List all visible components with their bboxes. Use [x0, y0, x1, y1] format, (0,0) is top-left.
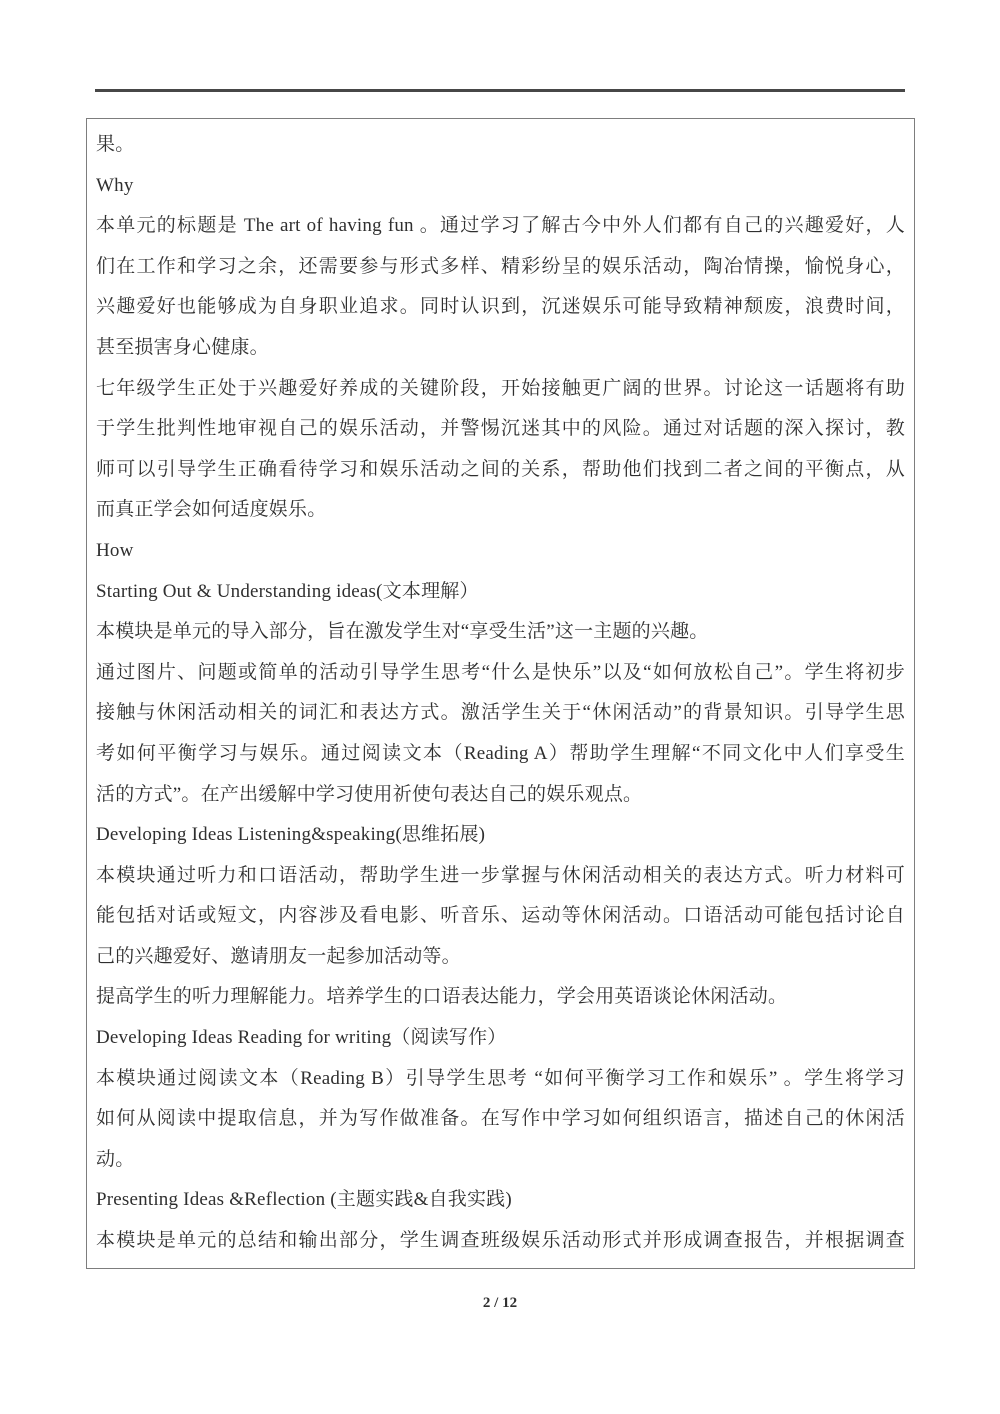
text-line: 兴趣爱好也能够成为自身职业追求。同时认识到，沉迷娱乐可能导致精神颓废，浪费时间， — [96, 287, 905, 328]
page-header-rule — [95, 89, 905, 92]
document-page: { "colors": { "text": "#2f2f2f", "table_… — [0, 0, 1000, 1414]
text-line: 接触与休闲活动相关的词汇和表达方式。激活学生关于“休闲活动”的背景知识。引导学生… — [96, 693, 905, 734]
text-line: Presenting Ideas &Reflection (主题实践&自我实践) — [96, 1180, 905, 1221]
text-line: 能包括对话或短文，内容涉及看电影、听音乐、运动等休闲活动。口语活动可能包括讨论自 — [96, 896, 905, 937]
text-line: Starting Out & Understanding ideas(文本理解） — [96, 572, 905, 613]
text-lines-container: 果。Why本单元的标题是 The art of having fun 。通过学习… — [96, 125, 905, 1262]
page-number: 2 / 12 — [0, 1292, 1000, 1314]
text-line: 通过图片、问题或简单的活动引导学生思考“什么是快乐”以及“如何放松自己”。学生将… — [96, 653, 905, 694]
text-line: Developing Ideas Listening&speaking(思维拓展… — [96, 815, 905, 856]
text-line: 提高学生的听力理解能力。培养学生的口语表达能力，学会用英语谈论休闲活动。 — [96, 977, 905, 1018]
text-line: How — [96, 531, 905, 572]
text-line: 己的兴趣爱好、邀请朋友一起参加活动等。 — [96, 937, 905, 978]
text-line: 本模块通过听力和口语活动，帮助学生进一步掌握与休闲活动相关的表达方式。听力材料可 — [96, 856, 905, 897]
text-line: 本模块是单元的总结和输出部分，学生调查班级娱乐活动形式并形成调查报告，并根据调查 — [96, 1221, 905, 1262]
text-line: 动。 — [96, 1140, 905, 1181]
lesson-plan-table-cell: 果。Why本单元的标题是 The art of having fun 。通过学习… — [86, 118, 915, 1269]
text-line: 本单元的标题是 The art of having fun 。通过学习了解古今中… — [96, 206, 905, 247]
text-line: 而真正学会如何适度娱乐。 — [96, 490, 905, 531]
text-line: Why — [96, 166, 905, 207]
text-line: 七年级学生正处于兴趣爱好养成的关键阶段，开始接触更广阔的世界。讨论这一话题将有助 — [96, 369, 905, 410]
text-line: 甚至损害身心健康。 — [96, 328, 905, 369]
text-line: 本模块通过阅读文本（Reading B）引导学生思考 “如何平衡学习工作和娱乐”… — [96, 1059, 905, 1100]
text-line: 师可以引导学生正确看待学习和娱乐活动之间的关系，帮助他们找到二者之间的平衡点，从 — [96, 450, 905, 491]
text-line: 果。 — [96, 125, 905, 166]
text-line: Developing Ideas Reading for writing（阅读写… — [96, 1018, 905, 1059]
text-line: 活的方式”。在产出缓解中学习使用祈使句表达自己的娱乐观点。 — [96, 775, 905, 816]
text-line: 如何从阅读中提取信息，并为写作做准备。在写作中学习如何组织语言，描述自己的休闲活 — [96, 1099, 905, 1140]
text-line: 本模块是单元的导入部分，旨在激发学生对“享受生活”这一主题的兴趣。 — [96, 612, 905, 653]
text-line: 们在工作和学习之余，还需要参与形式多样、精彩纷呈的娱乐活动，陶冶情操，愉悦身心， — [96, 247, 905, 288]
text-line: 考如何平衡学习与娱乐。通过阅读文本（Reading A）帮助学生理解“不同文化中… — [96, 734, 905, 775]
text-line: 于学生批判性地审视自己的娱乐活动，并警惕沉迷其中的风险。通过对话题的深入探讨，教 — [96, 409, 905, 450]
